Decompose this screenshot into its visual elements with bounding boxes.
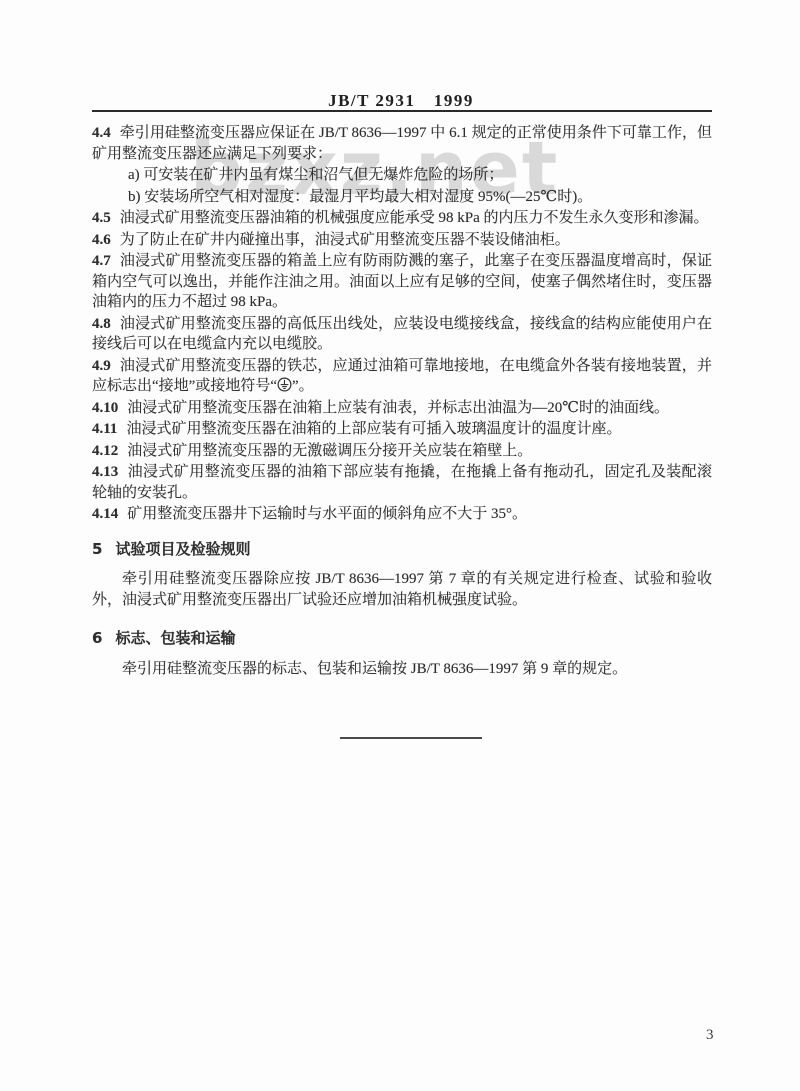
clause-4-4: 4.4牵引用硅整流变压器应保证在 JB/T 8636—1997 中 6.1 规定…: [92, 123, 712, 164]
clause-4-14: 4.14矿用整流变压器井下运输时与水平面的倾斜角应不大于 35°。: [92, 504, 712, 525]
section-5-heading: 5试验项目及检验规则: [92, 539, 712, 560]
clause-number: 4.6: [92, 232, 111, 248]
section-6-paragraph: 牵引用硅整流变压器的标志、包装和运输按 JB/T 8636—1997 第 9 章…: [92, 659, 712, 680]
earth-ground-icon: [277, 377, 292, 392]
clause-number: 4.10: [92, 400, 118, 416]
clause-4-6: 4.6为了防止在矿井内碰撞出事，油浸式矿用整流变压器不装设储油柜。: [92, 230, 712, 251]
clause-4-12: 4.12油浸式矿用整流变压器的无激磁调压分接开关应装在箱壁上。: [92, 441, 712, 462]
clause-text: 油浸式矿用整流变压器在油箱的上部应装有可插入玻璃温度计的温度计座。: [126, 421, 621, 437]
clause-4-11: 4.11油浸式矿用整流变压器在油箱的上部应装有可插入玻璃温度计的温度计座。: [92, 419, 712, 440]
clause-number: 4.8: [92, 316, 111, 332]
clause-4-9: 4.9油浸式矿用整流变压器的铁芯，应通过油箱可靠地接地，在电缆盒外各装有接地装置…: [92, 356, 712, 397]
section-number: 5: [92, 540, 102, 558]
clause-text: 牵引用硅整流变压器应保证在 JB/T 8636—1997 中 6.1 规定的正常…: [92, 125, 712, 162]
clause-number: 4.14: [92, 506, 118, 522]
clause-text: 油浸式矿用整流变压器的高低压出线处，应装设电缆接线盒，接线盒的结构应能使用户在接…: [92, 316, 712, 353]
clause-number: 4.13: [92, 464, 118, 480]
clause-number: 4.9: [92, 358, 111, 374]
clause-4-5: 4.5油浸式矿用整流变压器油箱的机械强度应能承受 98 kPa 的内压力不发生永…: [92, 208, 712, 229]
clause-number: 4.12: [92, 443, 118, 459]
clause-text: 油浸式矿用整流变压器油箱的机械强度应能承受 98 kPa 的内压力不发生永久变形…: [120, 210, 709, 226]
clause-text: 油浸式矿用整流变压器的油箱下部应装有拖撬，在拖撬上备有拖动孔，固定孔及装配滚轮轴…: [92, 464, 712, 501]
end-of-text-divider: [340, 737, 482, 739]
clause-text: 油浸式矿用整流变压器在油箱上应装有油表，并标志出油温为—20℃时的油面线。: [127, 400, 669, 416]
clause-number: 4.11: [92, 421, 117, 437]
document-page: bzxz.net JB/T 2931 1999 4.4牵引用硅整流变压器应保证在…: [0, 0, 800, 1091]
clause-text-after: ”。: [292, 378, 314, 394]
header-rule: [92, 110, 712, 112]
clause-4-7: 4.7油浸式矿用整流变压器的箱盖上应有防雨防溅的塞子，此塞子在变压器温度增高时，…: [92, 251, 712, 313]
clause-text: 为了防止在矿井内碰撞出事，油浸式矿用整流变压器不装设储油柜。: [120, 232, 570, 248]
doc-header-title: JB/T 2931 1999: [90, 86, 712, 111]
clause-number: 4.7: [92, 253, 111, 269]
section-title: 标志、包装和运输: [115, 629, 235, 647]
clause-number: 4.5: [92, 210, 111, 226]
section-5-paragraph: 牵引用硅整流变压器除应按 JB/T 8636—1997 第 7 章的有关规定进行…: [92, 569, 712, 610]
clause-4-13: 4.13油浸式矿用整流变压器的油箱下部应装有拖撬，在拖撬上备有拖动孔，固定孔及装…: [92, 462, 712, 503]
clause-4-4-item-b: b) 安装场所空气相对湿度：最湿月平均最大相对湿度 95%(—25℃时)。: [128, 187, 712, 208]
clause-4-10: 4.10油浸式矿用整流变压器在油箱上应装有油表，并标志出油温为—20℃时的油面线…: [92, 398, 712, 419]
page-number: 3: [706, 1027, 714, 1044]
section-6-heading: 6标志、包装和运输: [92, 628, 712, 649]
document-body: 4.4牵引用硅整流变压器应保证在 JB/T 8636—1997 中 6.1 规定…: [92, 123, 712, 739]
section-number: 6: [92, 629, 102, 647]
clause-text: 矿用整流变压器井下运输时与水平面的倾斜角应不大于 35°。: [127, 506, 527, 522]
section-title: 试验项目及检验规则: [115, 540, 250, 558]
clause-text: 油浸式矿用整流变压器的铁芯，应通过油箱可靠地接地，在电缆盒外各装有接地装置，并应…: [92, 358, 712, 395]
clause-number: 4.4: [92, 125, 111, 141]
clause-4-8: 4.8油浸式矿用整流变压器的高低压出线处，应装设电缆接线盒，接线盒的结构应能使用…: [92, 314, 712, 355]
clause-text: 油浸式矿用整流变压器的箱盖上应有防雨防溅的塞子，此塞子在变压器温度增高时，保证箱…: [92, 253, 712, 310]
clause-4-4-item-a: a) 可安装在矿井内虽有煤尘和沼气但无爆炸危险的场所；: [128, 165, 712, 186]
clause-text: 油浸式矿用整流变压器的无激磁调压分接开关应装在箱壁上。: [127, 443, 532, 459]
